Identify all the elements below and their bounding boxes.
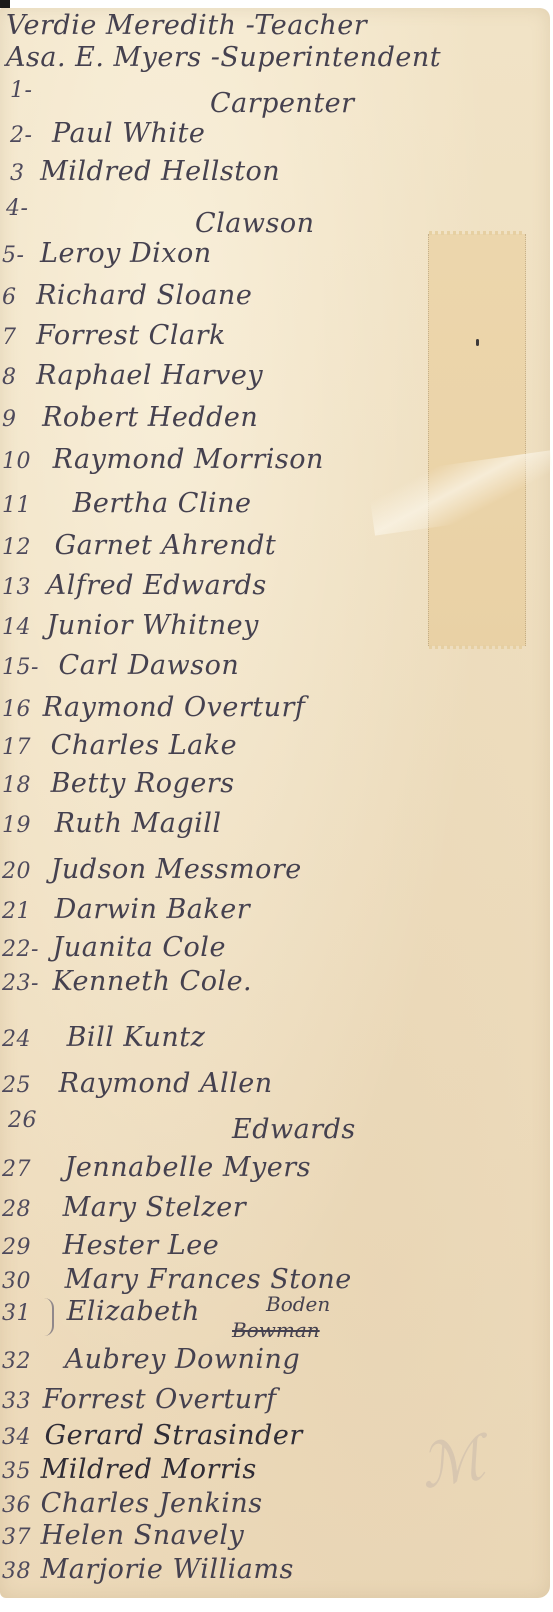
entry-number: 4- [6,196,28,221]
entry-name: Alfred Edwards [47,570,267,601]
entry-name: Forrest Overturf [43,1384,277,1415]
entry-number: 26 [8,1108,37,1133]
entry-number: 30 [2,1269,31,1294]
roster-entry-26: 26 [8,1108,37,1133]
entry-name: Jennabelle Myers [65,1152,311,1183]
entry-number: 16 [2,697,31,722]
roster-entry-38: 38 Marjorie Williams [2,1554,294,1585]
roster-entry-13: 13 Alfred Edwards [2,570,267,601]
entry-number: 34 [2,1425,31,1450]
entry-number: 9 [2,407,17,432]
roster-entry-21: 21 Darwin Baker [2,894,250,925]
entry-number: 24 [2,1027,31,1052]
roster-entry-4: 4- [6,196,28,221]
entry-name: Robert Hedden [42,402,258,433]
roster-entry-34: 34 Gerard Strasinder [2,1420,303,1451]
entry-name: Helen Snavely [41,1520,245,1551]
entry-number: 18 [2,773,31,798]
entry-name: Charles Jenkins [41,1488,263,1519]
entry-name: Mildred Hellston [40,156,280,187]
teacher-text: Verdie Meredith -Teacher [6,10,367,41]
entry-name: Clawson [195,208,315,239]
entry-name: Mary Stelzer [63,1192,247,1223]
entry-name: Kenneth Cole. [53,966,253,997]
roster-entry-1-name: Carpenter [210,88,355,119]
entry-name: Judson Messmore [51,854,302,885]
roster-entry-20: 20 Judson Messmore [2,854,302,885]
roster-entry-1: 1- [10,78,32,103]
entry-name: Raymond Overturf [43,692,306,723]
scan-edge [0,0,10,8]
roster-entry-5: 5- Leroy Dixon [2,238,212,269]
entry-number: 15- [2,655,39,680]
roster-entry-35: 35 Mildred Morris [2,1454,257,1485]
roster-entry-24: 24 Bill Kuntz [2,1022,205,1053]
entry-name: Aubrey Downing [65,1344,301,1375]
roster-entry-2: 2- Paul White [10,118,205,149]
entry-number: 25 [2,1073,31,1098]
roster-entry-32: 32 Aubrey Downing [2,1344,300,1375]
entry-name: Bertha Cline [73,488,252,519]
roster-entry-19: 19 Ruth Magill [2,808,222,839]
entry-name: Bill Kuntz [67,1022,206,1053]
roster-entry-3: 3 Mildred Hellston [10,156,280,187]
entry-name: Garnet Ahrendt [55,530,277,561]
roster-paper: ℳ Verdie Meredith -Teacher Asa. E. Myers… [0,8,550,1598]
roster-entry-16: 16 Raymond Overturf [2,692,305,723]
entry-name: Charles Lake [51,730,237,761]
roster-entry-14: 14 Junior Whitney [2,610,259,641]
roster-entry-23: 23- Kenneth Cole. [2,966,252,997]
entry-number: 35 [2,1459,31,1484]
entry-name: Edwards [232,1114,356,1145]
entry-name: Forrest Clark [36,320,226,351]
superintendent-text: Asa. E. Myers -Superintendent [6,42,441,73]
entry-number: 2- [10,123,32,148]
roster-entry-31: 31 Elizabeth [2,1296,200,1327]
roster-entry-37: 37 Helen Snavely [2,1520,244,1551]
entry-number: 5- [2,243,24,268]
tape-speck [476,339,479,346]
entry-number: 38 [2,1559,31,1584]
faint-pencil-mark: ℳ [414,1423,489,1503]
entry-name: Mary Frances Stone [65,1264,352,1295]
entry-name: Raymond Allen [59,1068,273,1099]
entry-name: Marjorie Williams [41,1554,294,1585]
entry-number: 32 [2,1349,31,1374]
roster-entry-27: 27 Jennabelle Myers [2,1152,311,1183]
roster-entry-18: 18 Betty Rogers [2,768,235,799]
entry-name: Richard Sloane [36,280,252,311]
entry-name: Hester Lee [63,1230,220,1261]
correction-text: Boden [266,1292,330,1316]
roster-entry-7: 7 Forrest Clark [2,320,226,351]
entry-number: 23- [2,971,39,996]
entry-number: 29 [2,1235,31,1260]
entry-name: Carl Dawson [59,650,240,681]
tape-strip [428,234,526,646]
roster-entry-6: 6 Richard Sloane [2,280,252,311]
entry-number: 11 [2,493,31,518]
entry-name: Darwin Baker [55,894,251,925]
roster-entry-9: 9 Robert Hedden [2,402,258,433]
entry-name: Leroy Dixon [40,238,212,269]
entry-name: Junior Whitney [47,610,259,641]
roster-entry-12: 12 Garnet Ahrendt [2,530,276,561]
roster-entry-4-name: Clawson [195,208,315,239]
entry-number: 10 [2,449,31,474]
entry-number: 20 [2,859,31,884]
entry-number: 37 [2,1525,31,1550]
entry-name: Mildred Morris [41,1454,257,1485]
entry-number: 22- [2,937,39,962]
entry-number: 33 [2,1389,31,1414]
entry-name: Gerard Strasinder [45,1420,303,1451]
entry-number: 17 [2,735,31,760]
entry-number: 27 [2,1157,31,1182]
entry-name: Ruth Magill [55,808,222,839]
roster-entry-8: 8 Raphael Harvey [2,360,263,391]
roster-entry-15: 15- Carl Dawson [2,650,239,681]
entry-number: 6 [2,285,17,310]
teacher-line: Verdie Meredith -Teacher [6,10,367,41]
roster-entry-30: 30 Mary Frances Stone [2,1264,352,1295]
entry-name: Juanita Cole [53,932,226,963]
entry-number: 31 [2,1301,31,1326]
roster-entry-11: 11 Bertha Cline [2,488,252,519]
entry-number: 8 [2,365,17,390]
struck-text: Bowman [232,1318,320,1342]
roster-entry-29: 29 Hester Lee [2,1230,219,1261]
roster-entry-28: 28 Mary Stelzer [2,1192,246,1223]
entry-number: 12 [2,535,31,560]
entry-name: Elizabeth [67,1296,200,1327]
entry-number: 19 [2,813,31,838]
roster-entry-22: 22- Juanita Cole [2,932,226,963]
roster-entry-36: 36 Charles Jenkins [2,1488,263,1519]
entry-name: Raymond Morrison [53,444,324,475]
roster-entry-10: 10 Raymond Morrison [2,444,324,475]
entry-number: 14 [2,615,31,640]
entry-number: 7 [2,325,17,350]
entry-number: 21 [2,899,31,924]
roster-entry-33: 33 Forrest Overturf [2,1384,277,1415]
entry-number: 36 [2,1493,31,1518]
superintendent-line: Asa. E. Myers -Superintendent [6,42,441,73]
roster-entry-25: 25 Raymond Allen [2,1068,273,1099]
entry-number: 28 [2,1197,31,1222]
entry-number: 1- [10,78,32,103]
roster-entry-26-name: Edwards [232,1114,356,1145]
entry-name: Betty Rogers [51,768,235,799]
entry-name: Raphael Harvey [36,360,263,391]
entry-name: Carpenter [210,88,355,119]
roster-entry-17: 17 Charles Lake [2,730,237,761]
entry-name: Paul White [52,118,205,149]
entry-number: 3 [10,161,25,186]
entry-number: 13 [2,575,31,600]
